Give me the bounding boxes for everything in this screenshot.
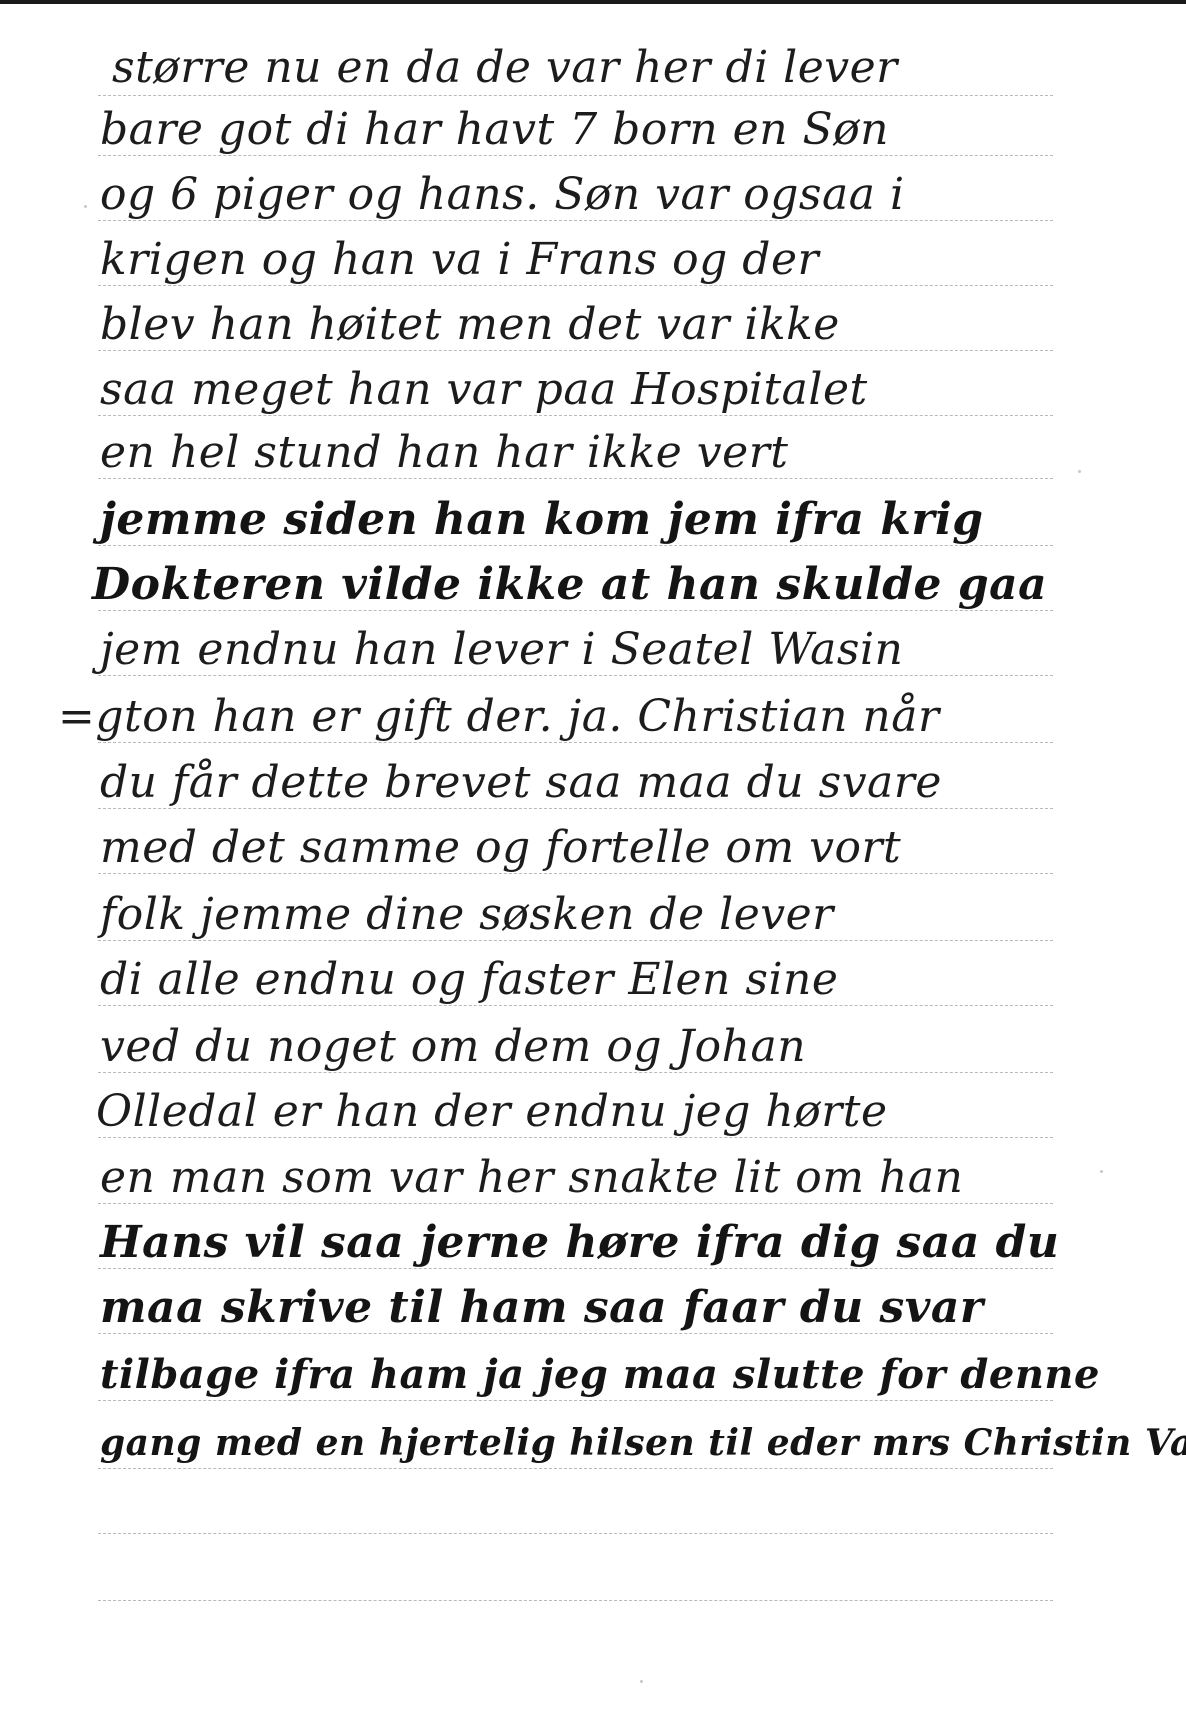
handwritten-line: blev han høitet men det var ikke <box>100 295 1060 355</box>
handwritten-line: ved du noget om dem og Johan <box>100 1017 1060 1077</box>
ruled-line <box>98 1533 1053 1534</box>
handwritten-line: Olledal er han der endnu jeg hørte <box>96 1082 1056 1142</box>
handwritten-line: di alle endnu og faster Elen sine <box>100 950 1060 1010</box>
handwritten-line: større nu en da de var her di lever <box>112 38 1072 98</box>
ruled-line <box>98 1600 1053 1601</box>
handwritten-line: Dokteren vilde ikke at han skulde gaa <box>92 555 1052 615</box>
handwritten-line: med det samme og fortelle om vort <box>100 818 1060 878</box>
handwritten-line: gang med en hjertelig hilsen til eder mr… <box>100 1413 1060 1473</box>
letter-page: større nu en da de var her di lever bare… <box>0 0 1186 1713</box>
handwritten-line: saa meget han var paa Hospitalet <box>100 360 1060 420</box>
handwritten-line: maa skrive til ham saa faar du svar <box>100 1278 1060 1338</box>
page-top-edge <box>0 0 1186 4</box>
handwritten-line: og 6 piger og hans. Søn var ogsaa i <box>100 165 1060 225</box>
handwritten-line: Hans vil saa jerne høre ifra dig saa du <box>100 1213 1060 1273</box>
handwritten-line: tilbage ifra ham ja jeg maa slutte for d… <box>100 1345 1060 1405</box>
handwritten-line: en man som var her snakte lit om han <box>100 1148 1060 1208</box>
scan-speck <box>1100 1170 1103 1173</box>
scan-speck <box>640 1680 643 1683</box>
handwritten-line: du får dette brevet saa maa du svare <box>100 753 1060 813</box>
handwritten-line: krigen og han va i Frans og der <box>100 230 1060 290</box>
handwritten-line: bare got di har havt 7 born en Søn <box>100 100 1060 160</box>
scan-speck <box>84 205 87 208</box>
handwritten-line: jemme siden han kom jem ifra krig <box>100 490 1060 550</box>
scan-speck <box>1078 470 1081 473</box>
handwritten-line: jem endnu han lever i Seatel Wasin <box>100 620 1060 680</box>
handwritten-line: =gton han er gift der. ja. Christian når <box>58 687 1018 747</box>
handwritten-line: en hel stund han har ikke vert <box>100 423 1060 483</box>
handwritten-line: folk jemme dine søsken de lever <box>100 885 1060 945</box>
